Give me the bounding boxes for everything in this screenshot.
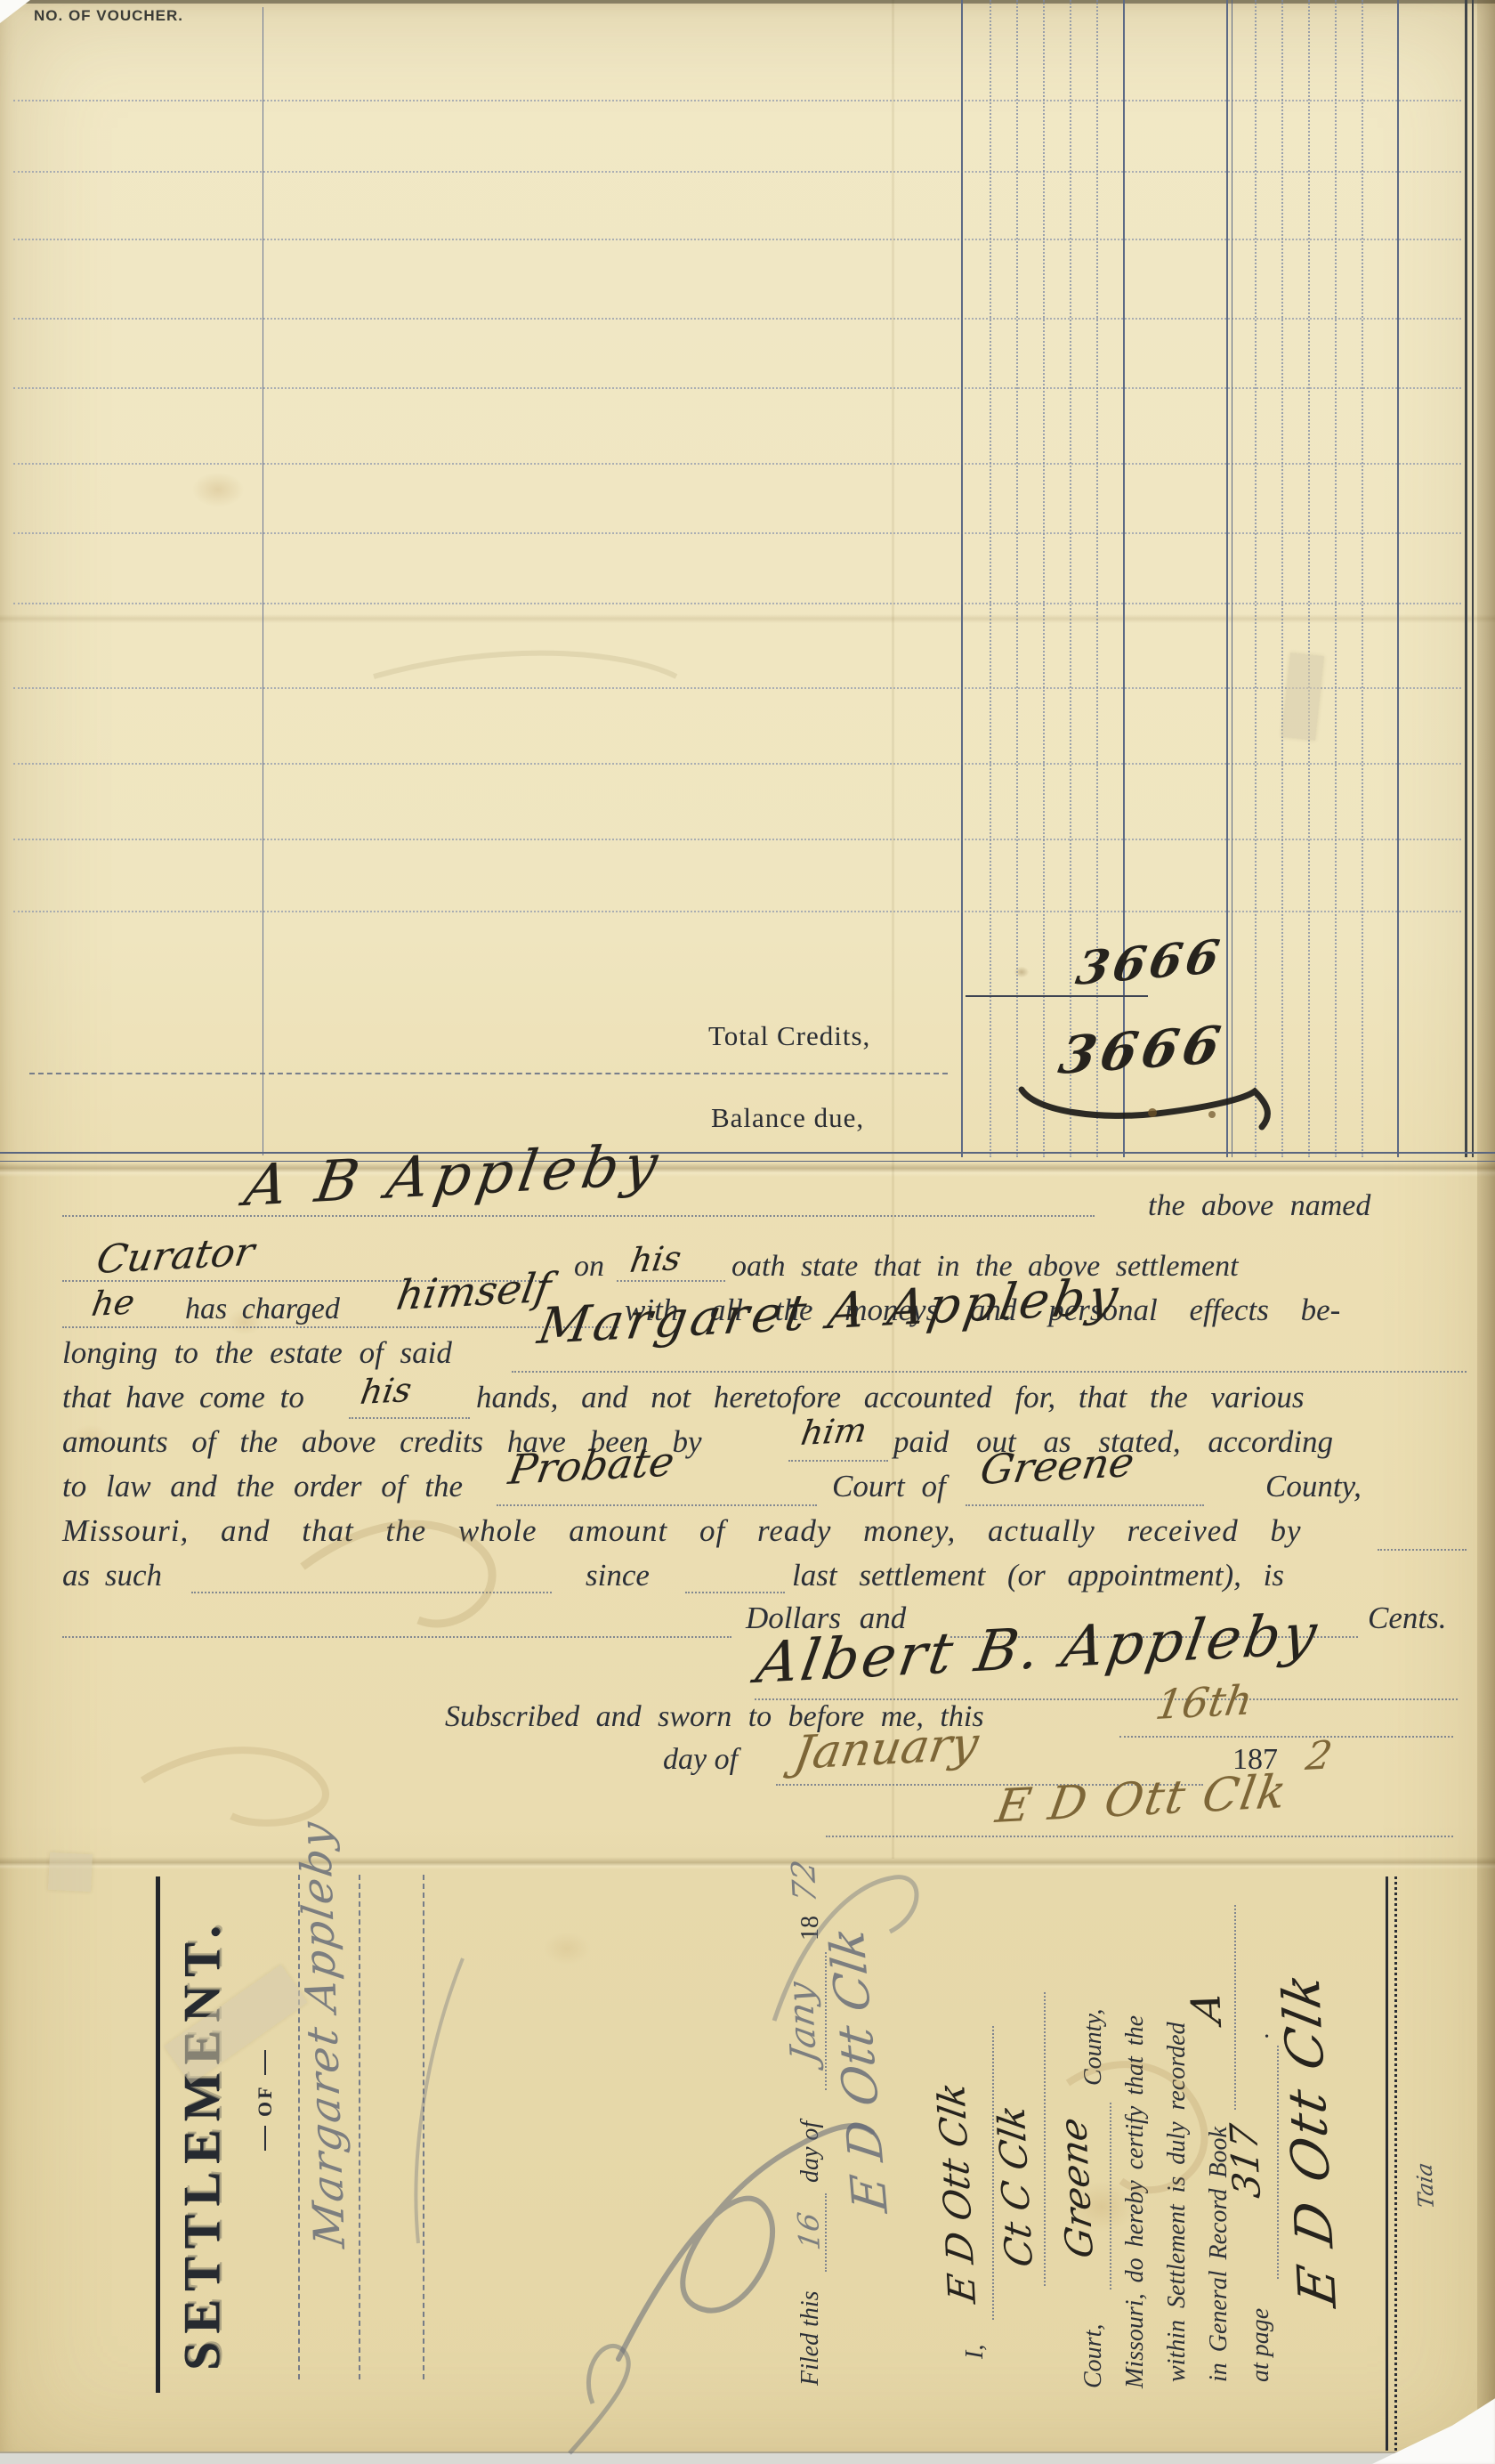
cert-county-fill: Greene [1051,2114,1102,2261]
fill-line [191,1592,552,1593]
filed-year-fill: 72 [786,1858,824,1905]
ledger-row-line [13,603,1461,604]
cert-book-fill: A [1181,1989,1231,2026]
ledger-column-line [263,7,263,1155]
ledger-row-line [13,100,1461,101]
fill-line [512,1371,1467,1373]
balance-due-label: Balance due, [711,1102,864,1134]
voucher-column-label: NO. OF VOUCHER. [34,7,183,25]
money-column-dotted-line [1281,0,1283,1157]
money-column-dotted-line [1070,0,1071,1157]
total-credits-label: Total Credits, [708,1020,870,1052]
him-fill: him [798,1410,869,1453]
docket-name-line [359,1875,360,2379]
fill-line [1234,1905,1236,2110]
his-fill: his [627,1238,684,1280]
docket-rotated-content: SETTLEMENT. OF Margaret Appleby Filed th… [85,1865,1477,2464]
ink-spot [1148,1108,1157,1117]
fill-line [826,1836,1453,1837]
ledger-bottom-rule [0,1161,1495,1162]
fill-line [62,1215,1095,1217]
docket-name: Margaret Appleby [290,1818,355,2250]
cert-clerk-fill: E D Ott Clk [929,2079,984,2306]
fill-line [1044,1992,1046,2286]
his-fill-2: his [358,1370,415,1412]
cert-county-text: County, [1079,2009,1108,2086]
fill-line [1119,1736,1453,1738]
ledger-column-line [1226,0,1228,1157]
on-text: on [574,1250,604,1284]
fold-crease [0,1163,1495,1177]
docket-title: SETTLEMENT. [172,1917,231,2371]
of-label-row: OF [254,2050,277,2151]
show-through-scribble [142,1750,326,1823]
affiant-signature: A B Appleby [240,1132,667,1220]
filed-clerk-signature: E D Ott Clk [819,1925,899,2215]
scan-corner [0,0,30,23]
county-fill: Greene [977,1438,1137,1494]
cert-clerk-fill-2: Ct C Clk [990,2103,1041,2270]
fill-line [349,1417,470,1419]
ledger-row-line [13,839,1461,840]
balance-due-value: 3666 [1055,1015,1229,1086]
ledger-column-line [1397,0,1399,1157]
tape-fragment [48,1852,93,1892]
total-row-line [29,1073,948,1074]
side-note: Taia [1411,2161,1439,2210]
money-column-dotted-line [1255,0,1257,1157]
stain [191,472,245,507]
sworn-day-fill: 16th [1152,1675,1256,1729]
since-text: since [586,1558,650,1593]
ledger-row-line [13,532,1461,534]
ledger-column-line [1465,0,1467,1157]
ledger-row-line [13,687,1461,689]
himself-fill: himself [393,1263,554,1319]
longing-text: longing to the estate of said [62,1335,452,1371]
last-settlement-text: last settlement (or appointment), is [792,1558,1284,1593]
he-fill: he [89,1283,137,1324]
show-through-scribble [374,653,676,677]
balance-swash [1022,1090,1267,1127]
docket-name-line [423,1875,424,2379]
cert-at-page-text: at page [1247,2308,1275,2382]
of-dash [264,2050,266,2075]
money-column-dotted-line [1362,0,1363,1157]
ledger-row-line [13,911,1461,912]
role-fill: Curator [93,1229,257,1283]
year-digit-fill: 2 [1303,1733,1335,1779]
day-of-text: day of [663,1743,738,1777]
fold-crease [0,614,1495,623]
ledger-row-line [13,239,1461,240]
cert-i-text: I, [961,2345,990,2359]
fill-line [62,1636,731,1638]
fill-line [62,1326,618,1328]
top-edge [25,0,1495,4]
filed-this-text: Filed this [796,2290,825,2386]
cert-period: . [1247,2032,1275,2038]
cert-court-text: Court, [1079,2324,1108,2388]
of-label: OF [254,2084,277,2117]
missouri-text: Missouri, and that the whole amount of r… [62,1513,1302,1549]
docket-border-rule [1394,1876,1397,2451]
money-column-dotted-line [1043,0,1045,1157]
ledger-column-line [1472,0,1474,1157]
clerk-signature: E D Ott Clk [992,1765,1291,1834]
docket-border-rule [1386,1876,1388,2451]
money-column-dotted-line [1308,0,1310,1157]
ledger-bottom-rule [0,1152,1495,1154]
money-column-dotted-line [1016,0,1018,1157]
ledger-row-line [13,763,1461,765]
come-to-text: that have come to [62,1380,304,1415]
above-named-text: the above named [1148,1189,1370,1223]
court-of-text: Court of [832,1469,946,1504]
ink-spot [1208,1111,1216,1118]
ledger-column-line [961,0,963,1157]
ledger-row-line [13,387,1461,389]
month-fill: January [790,1717,982,1780]
fill-line [1110,2103,1111,2290]
docket-rule [156,1876,160,2393]
money-column-dotted-line [1335,0,1337,1157]
fill-line [497,1504,817,1506]
hands-text: hands, and not heretofore accounted for,… [476,1380,1305,1415]
ledger-row-line [13,171,1461,173]
total-rule [966,995,1148,997]
of-dash [264,2126,266,2151]
fill-line [788,1460,888,1462]
filed-day-fill: 16 [791,2210,827,2252]
county-text: County, [1265,1469,1362,1504]
fill-line [966,1504,1204,1506]
fill-line [617,1280,725,1282]
cert-page-fill: 317 [1222,2121,1269,2201]
cents-text: Cents. [1368,1601,1446,1636]
filed-day-of-text: day of [796,2121,825,2183]
money-column-dotted-line [990,0,991,1157]
has-charged-text: has charged [185,1293,340,1326]
order-text: to law and the order of the [62,1469,463,1504]
ledger-row-line [13,463,1461,465]
tape-fragment [1281,652,1324,740]
right-paper-edge [1477,0,1495,2464]
as-such-text: as such [62,1558,162,1593]
settlement-document-scan: NO. OF VOUCHER. Total Credits, Balance d… [0,0,1495,2464]
fill-line [685,1592,785,1593]
court-fill: Probate [505,1437,678,1494]
cert-signature: E D Ott Clk [1271,1966,1348,2311]
cert-line-missouri: Missouri, do hereby certify that the [1121,2015,1150,2388]
ledger-row-line [13,318,1461,320]
ledger-column-line [1232,0,1232,1157]
cert-line-within: within Settlement is duly recorded [1163,2022,1192,2382]
filed-month-fill: Jany [780,1980,825,2065]
fill-line [1378,1549,1467,1551]
